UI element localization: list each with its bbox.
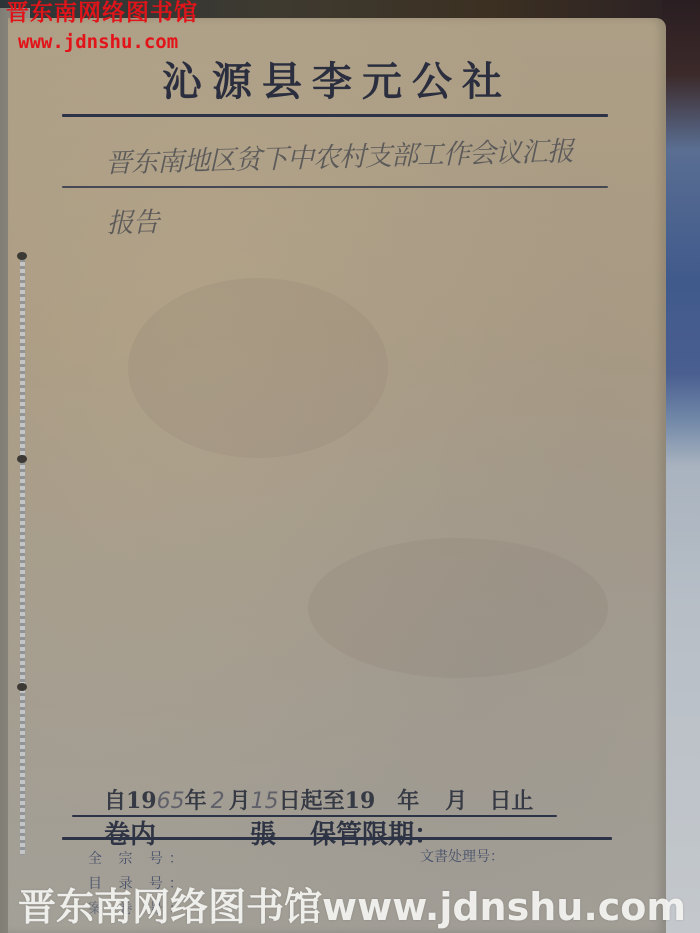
sheets-label: 張: [250, 817, 276, 853]
binding-knot: [17, 683, 27, 691]
binding-string: [20, 255, 25, 855]
date-from-month: 2: [211, 787, 225, 817]
fonds-number-field: 全 宗 号：: [88, 848, 189, 868]
watermark-site-url: www.jdnshu.com: [18, 30, 178, 54]
paper-stain: [308, 538, 608, 678]
date-day-start-label: 日起至19: [279, 786, 376, 816]
subject-rule: [62, 186, 608, 188]
date-from-prefix: 自19: [104, 786, 157, 816]
date-to-month-label: 月: [445, 786, 467, 816]
date-month-label: 月: [229, 786, 251, 816]
date-from-day: 15: [251, 787, 279, 817]
date-to-end-label: 日止: [489, 786, 533, 816]
date-to-year-label: 年: [397, 786, 419, 816]
title-rule: [62, 114, 608, 117]
paper-stain: [128, 278, 388, 458]
date-year-label: 年: [185, 786, 207, 816]
date-from-year: 65: [157, 787, 185, 817]
background-right: [662, 0, 700, 933]
volume-rule: [62, 837, 612, 840]
doc-processing-number-field: 文書处理号：: [420, 846, 504, 866]
binding-knot: [17, 455, 27, 463]
commune-title: 沁源县李元公社: [112, 52, 562, 112]
binding-knot: [17, 252, 27, 260]
watermark-bottom: 晋东南网络图书馆www.jdnshu.com: [18, 882, 686, 932]
watermark-site-name: 晋东南网络图书馆: [6, 0, 198, 26]
date-range-line: 自1965年2月15日起至19年月日止: [104, 786, 533, 816]
handwritten-subject: 晋东南地区贫下中农村支部工作会议汇报报告: [104, 122, 595, 195]
